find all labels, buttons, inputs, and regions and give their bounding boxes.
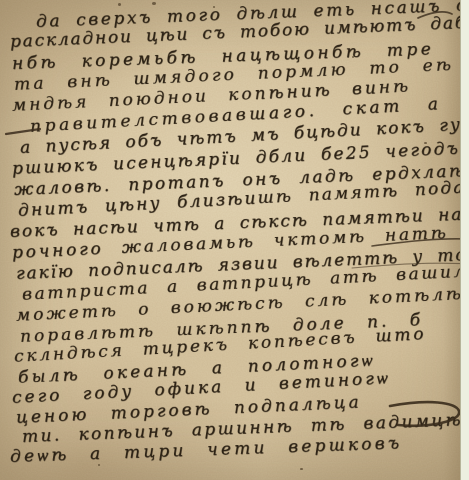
scan-backing-strip xyxy=(460,0,469,480)
ink-speck xyxy=(62,332,64,334)
ink-speck xyxy=(213,6,215,8)
ink-speck xyxy=(424,142,427,144)
ink-speck xyxy=(98,464,100,466)
ink-speck xyxy=(352,56,354,58)
ink-speck xyxy=(300,468,303,470)
ink-speck xyxy=(118,3,121,6)
manuscript-page: да сверхъ того дѣлш еть нсашъ онъ раскла… xyxy=(0,0,469,480)
ink-speck xyxy=(152,2,156,5)
